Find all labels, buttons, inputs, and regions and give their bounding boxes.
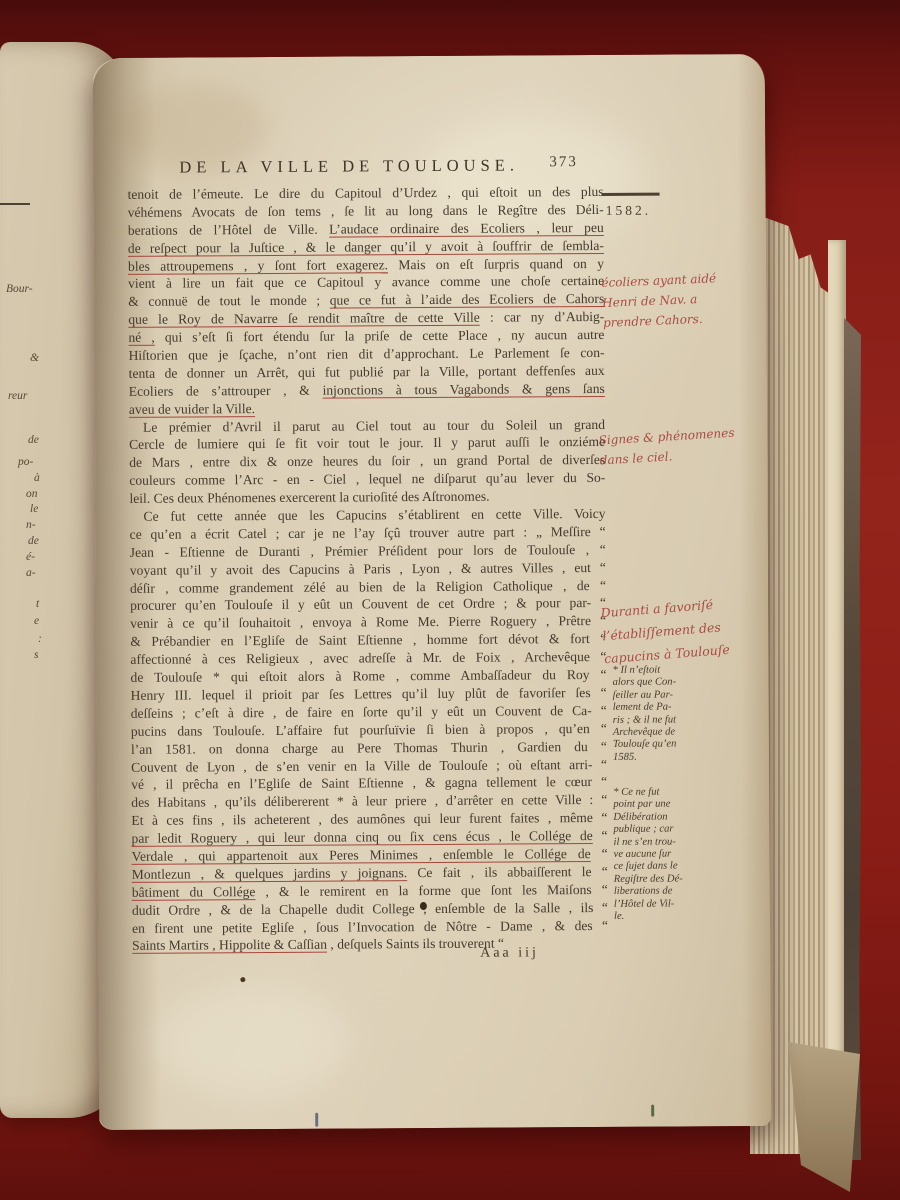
text-segment: couleurs comme l’Arc - en - Ciel , leque… (129, 470, 605, 488)
text-line: bâtiment du Collége , & le remirent en l… (132, 881, 608, 902)
text-segment: déſir , comme grandement zélé au bien de… (130, 578, 606, 596)
facing-page-text-fragment: a- (26, 567, 36, 579)
text-segment: vient à lire un fait que ce Capitoul y a… (128, 273, 604, 291)
ink-speck (240, 977, 245, 982)
text-line: pucins dans Toulouſe. L’affaire fut pour… (131, 720, 607, 741)
text-segment: leil. Ces deux Phénomenes exercerent la … (129, 489, 489, 506)
signature-mark: Aaa iij (480, 945, 539, 961)
text-segment: en firent une petite Egliſe , ſous l’Inv… (132, 917, 608, 935)
facing-page-text-fragment: é- (26, 551, 35, 563)
text-segment: Ecoliers de s’attrouper , & (129, 382, 323, 398)
facing-page-text-fragment: : (38, 633, 42, 645)
text-segment: venir à ce qu’il ſouhaitoit , envoya à R… (130, 613, 606, 631)
facing-page-text-fragment: de (28, 434, 39, 446)
facing-page-rule (0, 203, 30, 205)
text-segment: de Mars , entre dix & onze heures du ſoi… (129, 452, 605, 470)
text-segment: Couvent de Lyon , de s’en venir en la Vi… (131, 756, 607, 774)
text-segment: deſſeins ; c’eſt à dire , de faire en ſo… (131, 703, 607, 721)
text-segment: pucins dans Toulouſe. L’affaire fut pour… (131, 721, 607, 739)
handwritten-margin-note: Signes & phénomenesdans le ciel. (598, 423, 736, 471)
margin-date: 1582. (606, 203, 651, 219)
underlined-text: né , (128, 330, 154, 345)
text-segment: , deſquels Saints ils trouverent “ (327, 936, 504, 952)
facing-page-text-fragment: Bour- (6, 283, 33, 295)
running-header: DE LA VILLE DE TOULOUSE. (179, 155, 519, 177)
fore-edge-highlight (828, 240, 846, 1152)
text-segment: Jean - Eſtienne de Duranti , Prémier Pré… (130, 542, 606, 560)
facing-page-text-fragment: e (34, 615, 39, 627)
text-segment: ce qu’en a écrit Catel ; car je ne l’ay … (130, 524, 606, 542)
text-segment: “ (593, 828, 608, 843)
margin-date-rule (602, 193, 660, 196)
printed-margin-note: * Ce ne futpoint par uneDélibérationpubl… (613, 786, 700, 923)
text-segment: tenta de donner un Arrêt, qui fut publié… (129, 363, 605, 381)
handwritten-margin-note: écoliers ayant aidéHenri de Nav. aprendr… (601, 268, 718, 333)
facing-page-text-fragment: de (28, 535, 39, 547)
text-segment: procurer qu’en Toulouſe il y eût un Couv… (130, 595, 606, 613)
text-segment: & connuë de tout le monde ; (128, 293, 330, 309)
text-line: dudit Ordre , & de la Chapelle dudit Col… (132, 899, 608, 920)
underlined-text: bâtiment du Collége (132, 884, 256, 900)
book-page: DE LA VILLE DE TOULOUSE. 373 1582. tenoi… (93, 54, 772, 1130)
underlined-text: que ce fut à l’aide des Ecoliers de Caho… (330, 291, 605, 308)
underlined-text: L’audace ordinaire des Ecoliers , leur p… (329, 220, 604, 237)
page-number: 373 (549, 154, 578, 171)
handwritten-margin-note: Duranti a favoriſél’établiſſement descap… (600, 592, 731, 670)
text-segment: vé , il prêcha en l’Egliſe de Saint Eſti… (131, 774, 607, 792)
underlined-text: injonctions à tous Vagabonds & gens ſans (323, 381, 605, 398)
text-segment: Ce fait , ils abbaiſſerent le “ (407, 864, 608, 880)
underlined-text: que le Roy de Navarre ſe rendit maître d… (128, 310, 480, 327)
underlined-text: Verdale , qui appartenoit aux Peres Mini… (132, 846, 591, 864)
facing-page-text-fragment: n- (26, 519, 36, 531)
text-segment: tenoit de l’émeute. Le dire du Capitoul … (128, 184, 604, 202)
text-segment: Le prémier d’Avril il parut au Ciel tout… (143, 417, 605, 435)
text-segment: Hiſtorien que je ſçache, n’ont rien dit … (129, 345, 605, 363)
text-segment: Ce fut cette année que les Capucins s’ét… (143, 506, 605, 524)
edge-mark (651, 1105, 654, 1117)
text-column: tenoit de l’émeute. Le dire du Capitoul … (128, 183, 609, 955)
text-segment: Et à ces fins , ils acheterent , des aum… (131, 810, 607, 828)
facing-page-text-fragment: le (30, 503, 38, 515)
photo-scene: Bour-&reurdepo-àonlen-deé-a-te:s DE LA V… (0, 0, 900, 1200)
facing-page-text-fragment: & (30, 352, 39, 364)
text-segment: l’an 1581. on donna charge au Pere Thoma… (131, 739, 607, 757)
text-line: l’an 1581. on donna charge au Pere Thoma… (131, 738, 607, 759)
underlined-text: Saints Martirs , Hippolite & Caſſian (132, 937, 327, 953)
text-segment: dudit Ordre , & de la Chapelle dudit Col… (132, 900, 608, 918)
text-line: couleurs comme l’Arc - en - Ciel , leque… (129, 469, 605, 490)
text-segment: “ (591, 846, 608, 861)
book-spine-edge (844, 318, 861, 1160)
text-segment: de Toulouſe * qui eſtoit alors à Rome , … (130, 667, 606, 685)
facing-page-text-fragment: on (26, 488, 38, 500)
facing-page-text-fragment: t (36, 598, 39, 610)
text-segment: qui s’eſt ſi fort étendu ſur la priſe de… (155, 327, 605, 345)
facing-page-text-fragment: reur (8, 390, 27, 402)
text-line: voyant qu’il y avoit des Capucins à Pari… (130, 559, 606, 580)
printed-margin-note: * Il n’eſtoitalors que Con-ſeiller au Pa… (612, 664, 699, 764)
text-segment: , & le remirent en la forme que ſont les… (255, 882, 607, 899)
text-line: Ecoliers de s’attrouper , & injonctions … (129, 380, 605, 401)
text-segment: Cercle de lumiere qui ſe fit voir tout l… (129, 434, 605, 452)
text-segment: affectionné à ces Religieux , avec adreſ… (130, 649, 606, 667)
text-segment: Henry III. lequel il prioit par ſes Lett… (131, 685, 607, 703)
paper-stain (158, 987, 349, 1098)
facing-page-text-fragment: à (34, 472, 40, 484)
text-segment: des Habitans , qu’ils délibererent * à l… (131, 792, 607, 810)
text-segment: : car ny d’Aubig- (480, 309, 605, 325)
edge-mark (315, 1113, 318, 1127)
text-segment: Mais on eſt ſurpris quand on y (388, 256, 604, 272)
underlined-text: par ledit Roguery , qui leur donna cinq … (131, 828, 592, 846)
underlined-text: Montlezun , & quelques jardins y joignan… (132, 865, 408, 882)
underlined-text: de reſpect pour la Juſtice , & le danger… (128, 238, 604, 256)
facing-page-text-fragment: po- (18, 456, 33, 468)
text-line: de reſpect pour la Juſtice , & le danger… (128, 237, 604, 258)
underlined-text: aveu de vuider la Ville. (129, 401, 255, 417)
text-segment: & Prébandier en l’Egliſe de Saint Eſtien… (130, 631, 606, 649)
text-segment: berations de l’Hôtel de Ville. (128, 221, 329, 237)
text-line: en firent une petite Egliſe , ſous l’Inv… (132, 916, 608, 937)
text-segment: véhémens Avocats de ſon tems , ſe lit au… (128, 202, 604, 220)
facing-page-text-fragment: s (34, 649, 38, 661)
text-segment: voyant qu’il y avoit des Capucins à Pari… (130, 560, 606, 578)
underlined-text: bles attroupemens , y ſont fort exagerez… (128, 257, 388, 274)
